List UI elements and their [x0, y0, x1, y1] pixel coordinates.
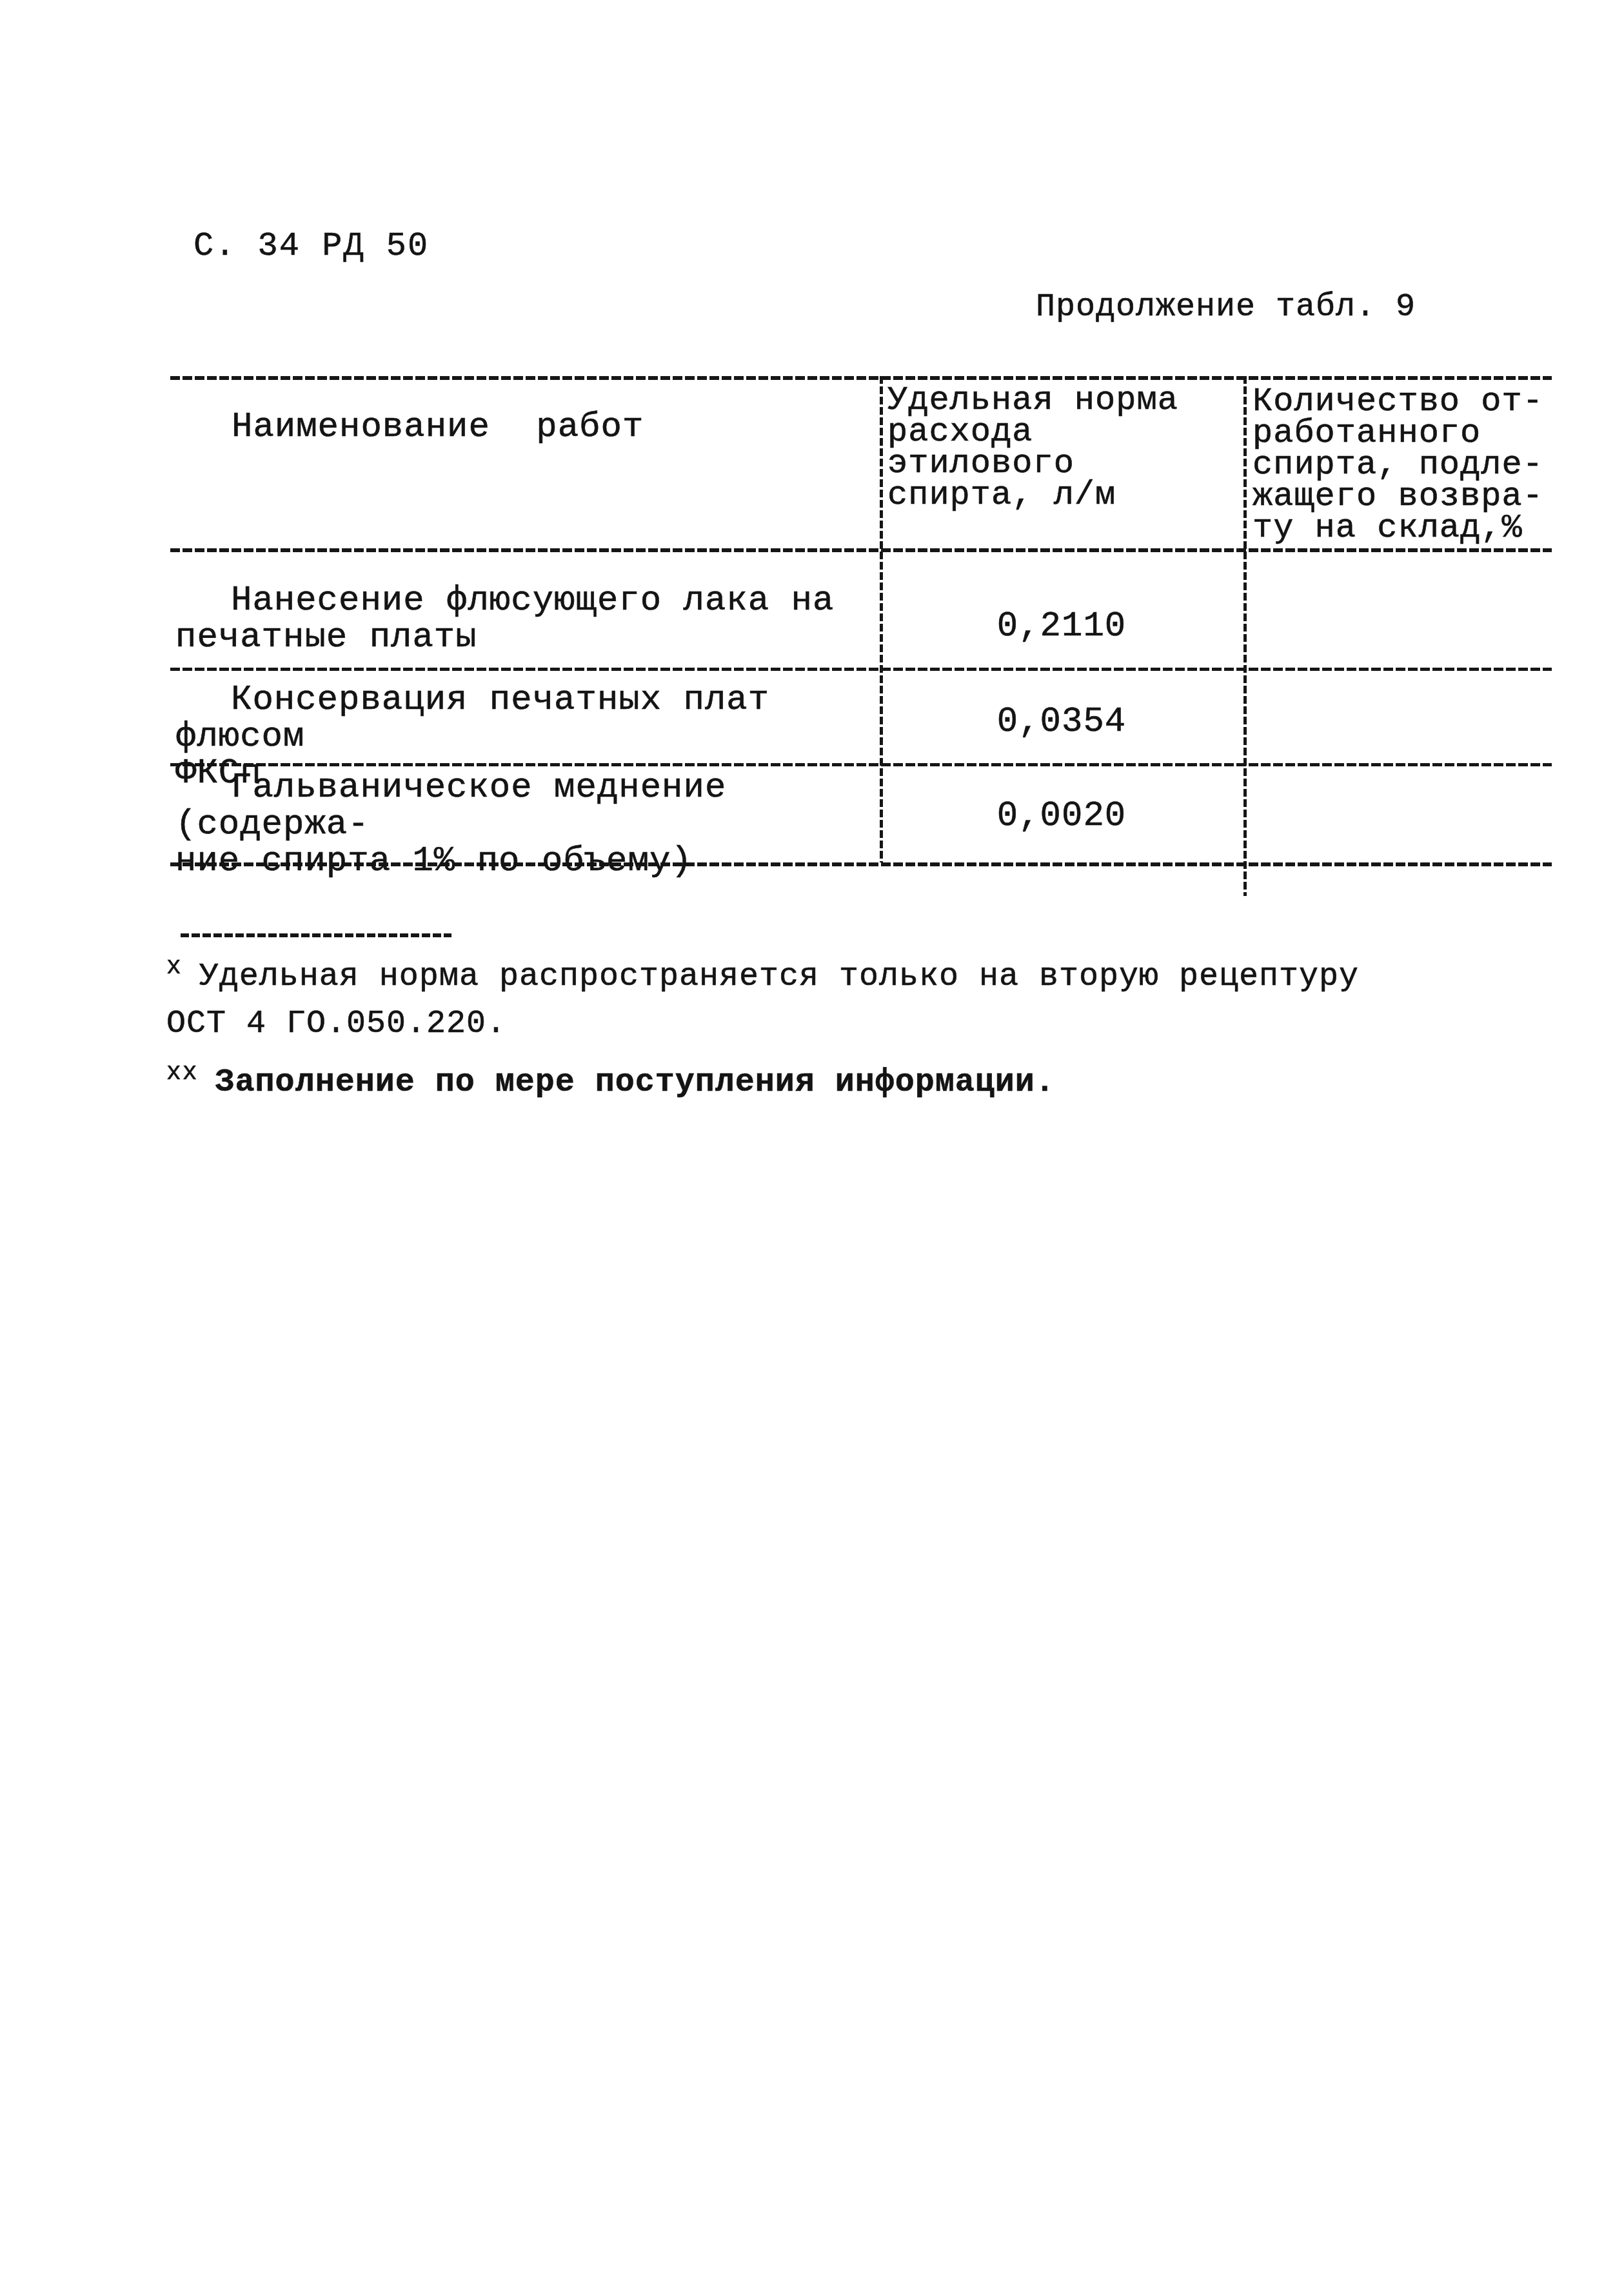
footnote-text: Удельная норма распространяется только н… [166, 959, 1359, 1042]
row1-bottom-border [170, 668, 1552, 671]
footnote-marker: х [166, 953, 183, 981]
table-row-name: Нанесение флюсующего лака на печатные пл… [175, 582, 875, 656]
column-header-work-name: Наименование работ [170, 410, 867, 446]
table-row-norm-value: 0,0020 [880, 797, 1243, 836]
table-row-norm-value: 0,0354 [880, 702, 1243, 742]
footnote-text: Заполнение по мере поступления информаци… [215, 1064, 1055, 1101]
header-bottom-border [170, 548, 1552, 552]
consumption-norms-table: Наименование работ Удельная норма расход… [170, 376, 1552, 862]
footnote-marker: хх [166, 1059, 199, 1087]
table-row-norm-value: 0,2110 [880, 607, 1243, 646]
footnote: хУдельная норма распространяется только … [166, 953, 1443, 1048]
footnote: ххЗаполнение по мере поступления информа… [166, 1059, 1443, 1106]
footnote-divider [181, 933, 451, 937]
column-divider-2 [1243, 376, 1247, 896]
table-top-border [170, 376, 1552, 380]
column-header-returned-alcohol: Количество от- работанного спирта, подле… [1253, 386, 1556, 544]
column-header-consumption-norm: Удельная норма расхода этилового спирта,… [887, 384, 1239, 511]
table-caption: Продолжение табл. 9 [1036, 289, 1416, 326]
page-number: С. 34 РД 50 [193, 227, 429, 265]
table-row-name: Гальваническое меднение (содержа- ние сп… [175, 770, 875, 880]
